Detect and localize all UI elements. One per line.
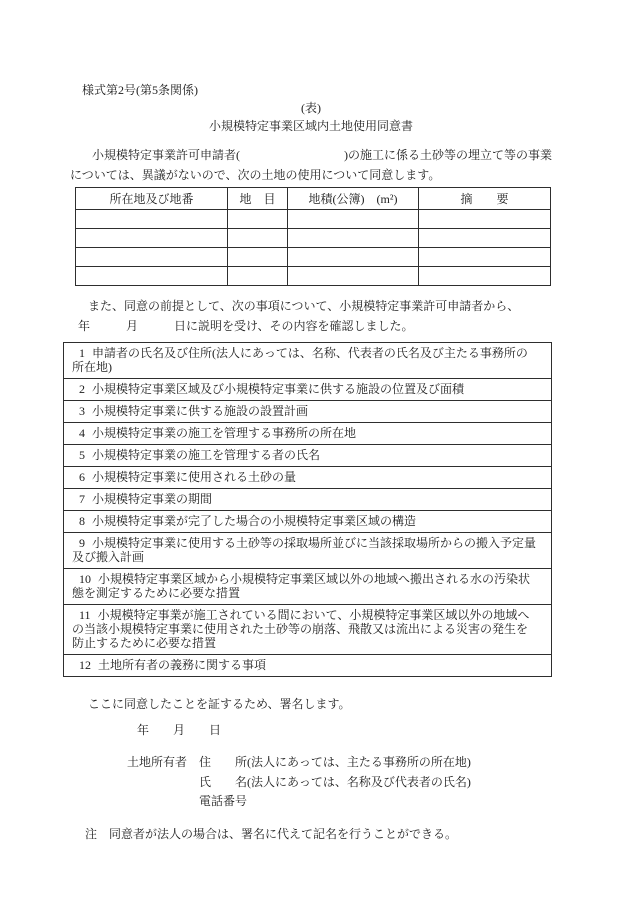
- land-row: [76, 267, 551, 286]
- consent-item-5: 5小規模特定事業の施工を管理する者の氏名: [64, 444, 551, 466]
- consent-item-12: 12土地所有者の義務に関する事項: [64, 654, 551, 676]
- land-cell[interactable]: [419, 248, 551, 267]
- consent-item-8: 8小規模特定事業が完了した場合の小規模特定事業区域の構造: [64, 510, 551, 532]
- confirmation-date-line: 年 月 日に説明を受け、その内容を確認しました。: [70, 316, 552, 336]
- land-table: 所在地及び地番 地 目 地積(公簿) (m²) 摘 要: [75, 187, 551, 286]
- landowner-address-row: 土地所有者 住 所(法人にあっては、主たる事務所の所在地): [127, 753, 552, 773]
- item-number: 5: [79, 448, 85, 462]
- item-text: 小規模特定事業に供する施設の設置計画: [92, 404, 308, 418]
- land-cell[interactable]: [76, 229, 228, 248]
- consent-item-11: 11小規模特定事業が施工されている間において、小規模特定事業区域以外の地域への当…: [64, 604, 551, 654]
- landowner-signature-block: 土地所有者 住 所(法人にあっては、主たる事務所の所在地) 氏 名(法人にあって…: [70, 753, 552, 812]
- consent-item-9: 9小規模特定事業に使用する土砂等の採取場所並びに当該採取場所からの搬入予定量及び…: [64, 532, 551, 568]
- item-text: 土地所有者の義務に関する事項: [98, 658, 266, 672]
- land-cell[interactable]: [76, 248, 228, 267]
- land-cell[interactable]: [228, 229, 288, 248]
- consent-item-10: 10小規模特定事業区域から小規模特定事業区域以外の地域へ搬出される水の汚染状態を…: [64, 568, 551, 604]
- item-number: 3: [79, 404, 85, 418]
- consent-item-6: 6小規模特定事業に使用される土砂の量: [64, 466, 551, 488]
- land-cell[interactable]: [419, 267, 551, 286]
- footnote: 注 同意者が法人の場合は、署名に代えて記名を行うことができる。: [70, 827, 552, 841]
- item-text: 小規模特定事業の施工を管理する者の氏名: [92, 448, 320, 462]
- col-header-area: 地積(公簿) (m²): [288, 188, 419, 210]
- applicant-name-blank[interactable]: [240, 158, 344, 159]
- item-number: 8: [79, 514, 85, 528]
- col-header-land-category: 地 目: [228, 188, 288, 210]
- page-title: 小規模特定事業区域内土地使用同意書: [70, 118, 552, 138]
- item-number: 9: [79, 536, 85, 550]
- land-cell[interactable]: [288, 210, 419, 229]
- land-table-header-row: 所在地及び地番 地 目 地積(公簿) (m²) 摘 要: [76, 188, 551, 210]
- consent-item-7: 7小規模特定事業の期間: [64, 488, 551, 510]
- item-number: 1: [79, 346, 85, 360]
- landowner-label-spacer: [127, 773, 199, 793]
- landowner-name-row: 氏 名(法人にあっては、名称及び代表者の氏名): [127, 773, 552, 793]
- landowner-label: 土地所有者: [127, 753, 199, 773]
- signature-date-line: 年 月 日: [70, 723, 552, 737]
- intro-prefix: 小規模特定事業許可申請者(: [92, 148, 240, 162]
- consent-items-table: 1申請者の氏名及び住所(法人にあっては、名称、代表者の氏名及び主たる事務所の所在…: [63, 342, 552, 677]
- item-number: 10: [79, 572, 91, 586]
- item-number: 4: [79, 426, 85, 440]
- col-header-remarks: 摘 要: [419, 188, 551, 210]
- item-text: 小規模特定事業に使用する土砂等の採取場所並びに当該採取場所からの搬入予定量及び搬…: [72, 536, 536, 564]
- item-number: 12: [79, 658, 91, 672]
- item-number: 7: [79, 492, 85, 506]
- item-text: 小規模特定事業に使用される土砂の量: [92, 470, 296, 484]
- item-number: 6: [79, 470, 85, 484]
- landowner-label-spacer: [127, 792, 199, 812]
- land-cell[interactable]: [288, 248, 419, 267]
- landowner-phone-label: 電話番号: [199, 792, 247, 812]
- col-header-location: 所在地及び地番: [76, 188, 228, 210]
- intro-paragraph: 小規模特定事業許可申請者()の施工に係る土砂等の埋立て等の事業については、異議が…: [70, 145, 552, 185]
- landowner-address-label: 住 所(法人にあっては、主たる事務所の所在地): [199, 753, 471, 773]
- land-cell[interactable]: [76, 210, 228, 229]
- landowner-name-label: 氏 名(法人にあっては、名称及び代表者の氏名): [199, 773, 471, 793]
- land-cell[interactable]: [228, 210, 288, 229]
- consent-item-2: 2小規模特定事業区域及び小規模特定事業に供する施設の位置及び面積: [64, 378, 551, 400]
- item-text: 小規模特定事業の施工を管理する事務所の所在地: [92, 426, 356, 440]
- item-text: 小規模特定事業区域から小規模特定事業区域以外の地域へ搬出される水の汚染状態を測定…: [72, 572, 530, 600]
- confirmation-paragraph: また、同意の前提として、次の事項について、小規模特定事業許可申請者から、 年 月…: [70, 296, 552, 336]
- landowner-phone-row: 電話番号: [127, 792, 552, 812]
- land-cell[interactable]: [419, 229, 551, 248]
- item-text: 小規模特定事業が完了した場合の小規模特定事業区域の構造: [92, 514, 416, 528]
- land-row: [76, 248, 551, 267]
- item-number: 11: [79, 608, 91, 622]
- document-page: 様式第2号(第5条関係) (表) 小規模特定事業区域内土地使用同意書 小規模特定…: [0, 0, 630, 903]
- item-text: 小規模特定事業が施工されている間において、小規模特定事業区域以外の地域への当該小…: [72, 608, 529, 650]
- land-cell[interactable]: [76, 267, 228, 286]
- item-text: 小規模特定事業区域及び小規模特定事業に供する施設の位置及び面積: [92, 382, 464, 396]
- closing-sentence: ここに同意したことを証するため、署名します。: [70, 697, 552, 711]
- item-text: 申請者の氏名及び住所(法人にあっては、名称、代表者の氏名及び主たる事務所の所在地…: [72, 346, 528, 374]
- land-cell[interactable]: [419, 210, 551, 229]
- item-number: 2: [79, 382, 85, 396]
- land-cell[interactable]: [228, 267, 288, 286]
- form-number: 様式第2号(第5条関係): [70, 83, 552, 101]
- land-cell[interactable]: [228, 248, 288, 267]
- consent-item-3: 3小規模特定事業に供する施設の設置計画: [64, 400, 551, 422]
- side-label: (表): [70, 101, 552, 118]
- land-row: [76, 229, 551, 248]
- land-cell[interactable]: [288, 267, 419, 286]
- land-cell[interactable]: [288, 229, 419, 248]
- confirmation-line1: また、同意の前提として、次の事項について、小規模特定事業許可申請者から、: [70, 296, 552, 316]
- land-row: [76, 210, 551, 229]
- consent-item-1: 1申請者の氏名及び住所(法人にあっては、名称、代表者の氏名及び主たる事務所の所在…: [64, 343, 551, 378]
- consent-item-4: 4小規模特定事業の施工を管理する事務所の所在地: [64, 422, 551, 444]
- item-text: 小規模特定事業の期間: [92, 492, 212, 506]
